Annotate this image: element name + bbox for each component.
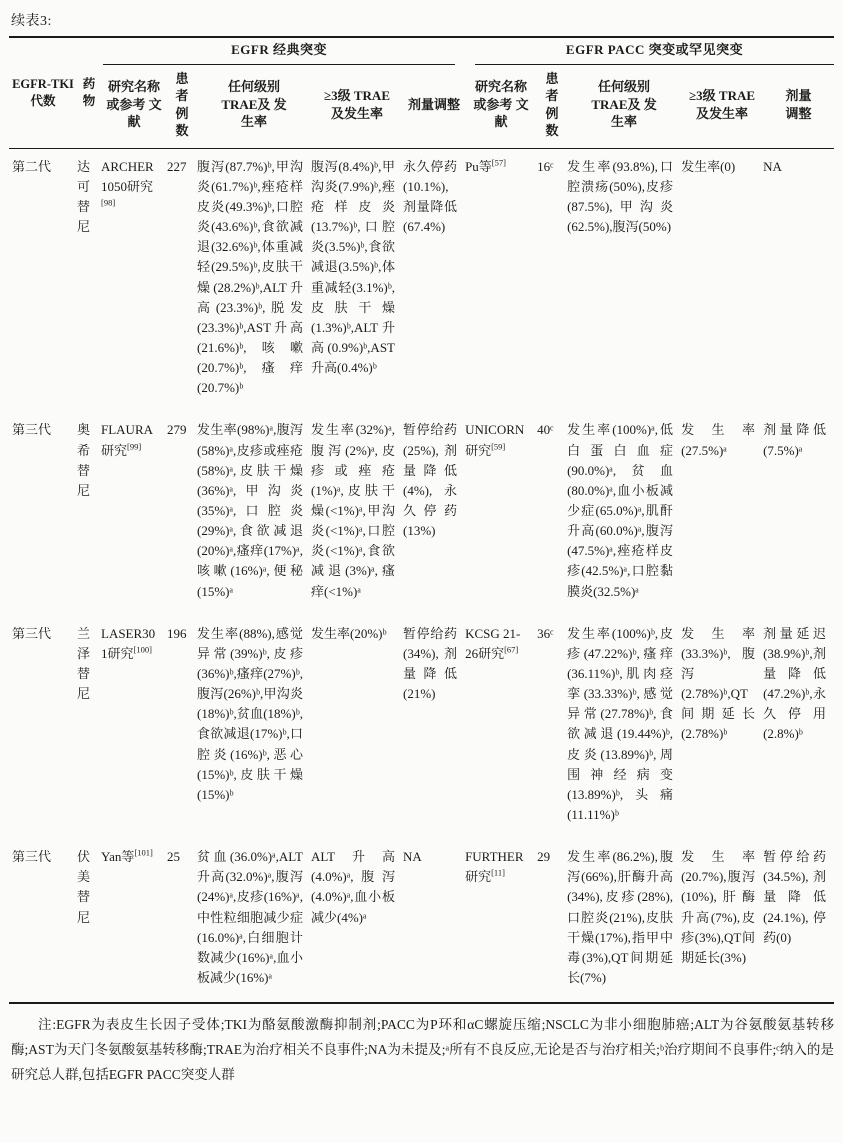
reference-superscript: [100] [134,645,152,655]
cell-grade3-pacc: 发生率(0) [681,148,763,412]
cell-study-classic: Yan等[101] [101,839,167,1003]
cell-any-grade-classic: 发生率(98%)ᵃ,腹泻(58%)ᵃ,皮疹或痤疮(58%)ᵃ,皮肤干燥(36%)… [197,412,311,615]
header-patients-pacc: 患者例数 [537,65,567,149]
header-any-grade-classic: 任何级别 TRAE及 发生率 [197,65,311,149]
reference-superscript: [99] [127,441,141,451]
table-row: 第三代 伏美替尼 Yan等[101] 25 贫血(36.0%)ᵃ,ALT升高(3… [9,839,834,1003]
cell-patients-pacc: 36ᶜ [537,616,567,839]
reference-superscript: [57] [492,157,506,167]
reference-superscript: [101] [134,848,152,858]
cell-any-grade-pacc: 发生率(86.2%),腹泻(66%),肝酶升高(34%),皮疹(28%),口腔炎… [567,839,681,1003]
cell-patients-pacc: 29 [537,839,567,1003]
header-patients-classic: 患者例数 [167,65,197,149]
table-row: 第三代 奥希替尼 FLAURA研究[99] 279 发生率(98%)ᵃ,腹泻(5… [9,412,834,615]
page-title: 续表3: [9,6,834,36]
header-any-grade-pacc: 任何级别 TRAE及 发生率 [567,65,681,149]
cell-generation: 第三代 [9,839,77,1003]
cell-any-grade-pacc: 发生率(100%)ᵇ,皮疹(47.22%)ᵇ,瘙痒(36.11%)ᵇ,肌肉痉挛(… [567,616,681,839]
reference-superscript: [11] [491,868,505,878]
group-header-row: EGFR-TKI 代数 药物 EGFR 经典突变 EGFR PACC 突变或罕见… [9,37,834,65]
group-header-classic-label: EGFR 经典突变 [103,39,455,65]
cell-dose-classic: 永久停药(10.1%),剂量降低(67.4%) [403,148,465,412]
cell-any-grade-pacc: 发生率(93.8%),口腔溃疡(50%),皮疹(87.5%),甲沟炎(62.5%… [567,148,681,412]
cell-grade3-pacc: 发生率(27.5%)ᵃ [681,412,763,615]
reference-superscript: [59] [491,441,505,451]
cell-study-classic: ARCHER 1050研究[98] [101,148,167,412]
cell-patients-classic: 196 [167,616,197,839]
cell-grade3-classic: 发生率(32%)ᵃ,腹泻(2%)ᵃ,皮疹或痤疮(1%)ᵃ,皮肤干燥(<1%)ᵃ,… [311,412,403,615]
cell-patients-classic: 25 [167,839,197,1003]
cell-grade3-classic: 发生率(20%)ᵇ [311,616,403,839]
table-header: EGFR-TKI 代数 药物 EGFR 经典突变 EGFR PACC 突变或罕见… [9,37,834,148]
cell-generation: 第三代 [9,412,77,615]
cell-drug: 兰泽替尼 [77,616,101,839]
cell-dose-classic: 暂停给药(34%),剂量降低(21%) [403,616,465,839]
header-study-pacc: 研究名称 或参考 文献 [465,65,537,149]
group-header-pacc: EGFR PACC 突变或罕见突变 [465,37,834,65]
header-dose-pacc: 剂量调整 [763,65,834,149]
cell-any-grade-classic: 腹泻(87.7%)ᵇ,甲沟炎(61.7%)ᵇ,痤疮样皮炎(49.3%)ᵇ,口腔炎… [197,148,311,412]
header-drug: 药物 [77,37,101,148]
cell-grade3-pacc: 发生率(20.7%),腹泻(10%),肝酶升高(7%),皮疹(3%),QT间期延… [681,839,763,1003]
cell-study-pacc: KCSG 21-26研究[67] [465,616,537,839]
page: 续表3: EGFR-TKI 代数 药物 EGFR 经典突变 EGFR PACC … [0,0,843,1098]
header-generation: EGFR-TKI 代数 [9,37,77,148]
cell-patients-classic: 227 [167,148,197,412]
cell-any-grade-classic: 贫血(36.0%)ᵃ,ALT升高(32.0%)ᵃ,腹泻(24%)ᵃ,皮疹(16%… [197,839,311,1003]
header-study-classic: 研究名称 或参考 文献 [101,65,167,149]
reference-superscript: [67] [504,645,518,655]
cell-dose-pacc: 剂量延迟(38.9%)ᵇ,剂量降低(47.2%)ᵇ,永久停用(2.8%)ᵇ [763,616,834,839]
cell-any-grade-pacc: 发生率(100%)ᵃ,低白蛋白血症(90.0%)ᵃ,贫血(80.0%)ᵃ,血小板… [567,412,681,615]
cell-dose-pacc: 剂量降低(7.5%)ᵃ [763,412,834,615]
cell-drug: 达可替尼 [77,148,101,412]
adverse-events-table: EGFR-TKI 代数 药物 EGFR 经典突变 EGFR PACC 突变或罕见… [9,36,834,1004]
reference-superscript: [98] [101,198,115,208]
cell-dose-pacc: 暂停给药(34.5%),剂量降低(24.1%),停药(0) [763,839,834,1003]
cell-dose-pacc: NA [763,148,834,412]
cell-study-classic: LASER301研究[100] [101,616,167,839]
header-grade3-pacc: ≥3级 TRAE 及发生率 [681,65,763,149]
cell-patients-pacc: 40ᶜ [537,412,567,615]
cell-patients-pacc: 16ᶜ [537,148,567,412]
cell-drug: 伏美替尼 [77,839,101,1003]
cell-dose-classic: NA [403,839,465,1003]
cell-grade3-classic: 腹泻(8.4%)ᵇ,甲沟炎(7.9%)ᵇ,痤疮样皮炎(13.7%)ᵇ,口腔炎(3… [311,148,403,412]
table-row: 第二代 达可替尼 ARCHER 1050研究[98] 227 腹泻(87.7%)… [9,148,834,412]
group-header-classic: EGFR 经典突变 [101,37,465,65]
header-dose-classic: 剂量调整 [403,65,465,149]
table-footnote: 注:EGFR为表皮生长因子受体;TKI为酪氨酸激酶抑制剂;PACC为P环和αC螺… [9,1004,834,1098]
table-row: 第三代 兰泽替尼 LASER301研究[100] 196 发生率(88%),感觉… [9,616,834,839]
cell-drug: 奥希替尼 [77,412,101,615]
cell-study-classic: FLAURA研究[99] [101,412,167,615]
cell-generation: 第三代 [9,616,77,839]
cell-grade3-classic: ALT升高(4.0%)ᵃ,腹泻(4.0%)ᵃ,血小板减少(4%)ᵃ [311,839,403,1003]
cell-generation: 第二代 [9,148,77,412]
cell-study-pacc: FURTHER研究[11] [465,839,537,1003]
cell-study-pacc: Pu等[57] [465,148,537,412]
cell-grade3-pacc: 发生率(33.3%)ᵇ,腹泻(2.78%)ᵇ,QT间期延长(2.78%)ᵇ [681,616,763,839]
cell-any-grade-classic: 发生率(88%),感觉异常(39%)ᵇ,皮疹(36%)ᵇ,瘙痒(27%)ᵇ,腹泻… [197,616,311,839]
group-header-pacc-label: EGFR PACC 突变或罕见突变 [475,39,834,65]
sub-header-row: 研究名称 或参考 文献 患者例数 任何级别 TRAE及 发生率 ≥3级 TRAE… [9,65,834,149]
cell-dose-classic: 暂停给药(25%),剂量降低(4%),永久停药(13%) [403,412,465,615]
cell-study-pacc: UNICORN研究[59] [465,412,537,615]
cell-patients-classic: 279 [167,412,197,615]
header-grade3-classic: ≥3级 TRAE 及发生率 [311,65,403,149]
